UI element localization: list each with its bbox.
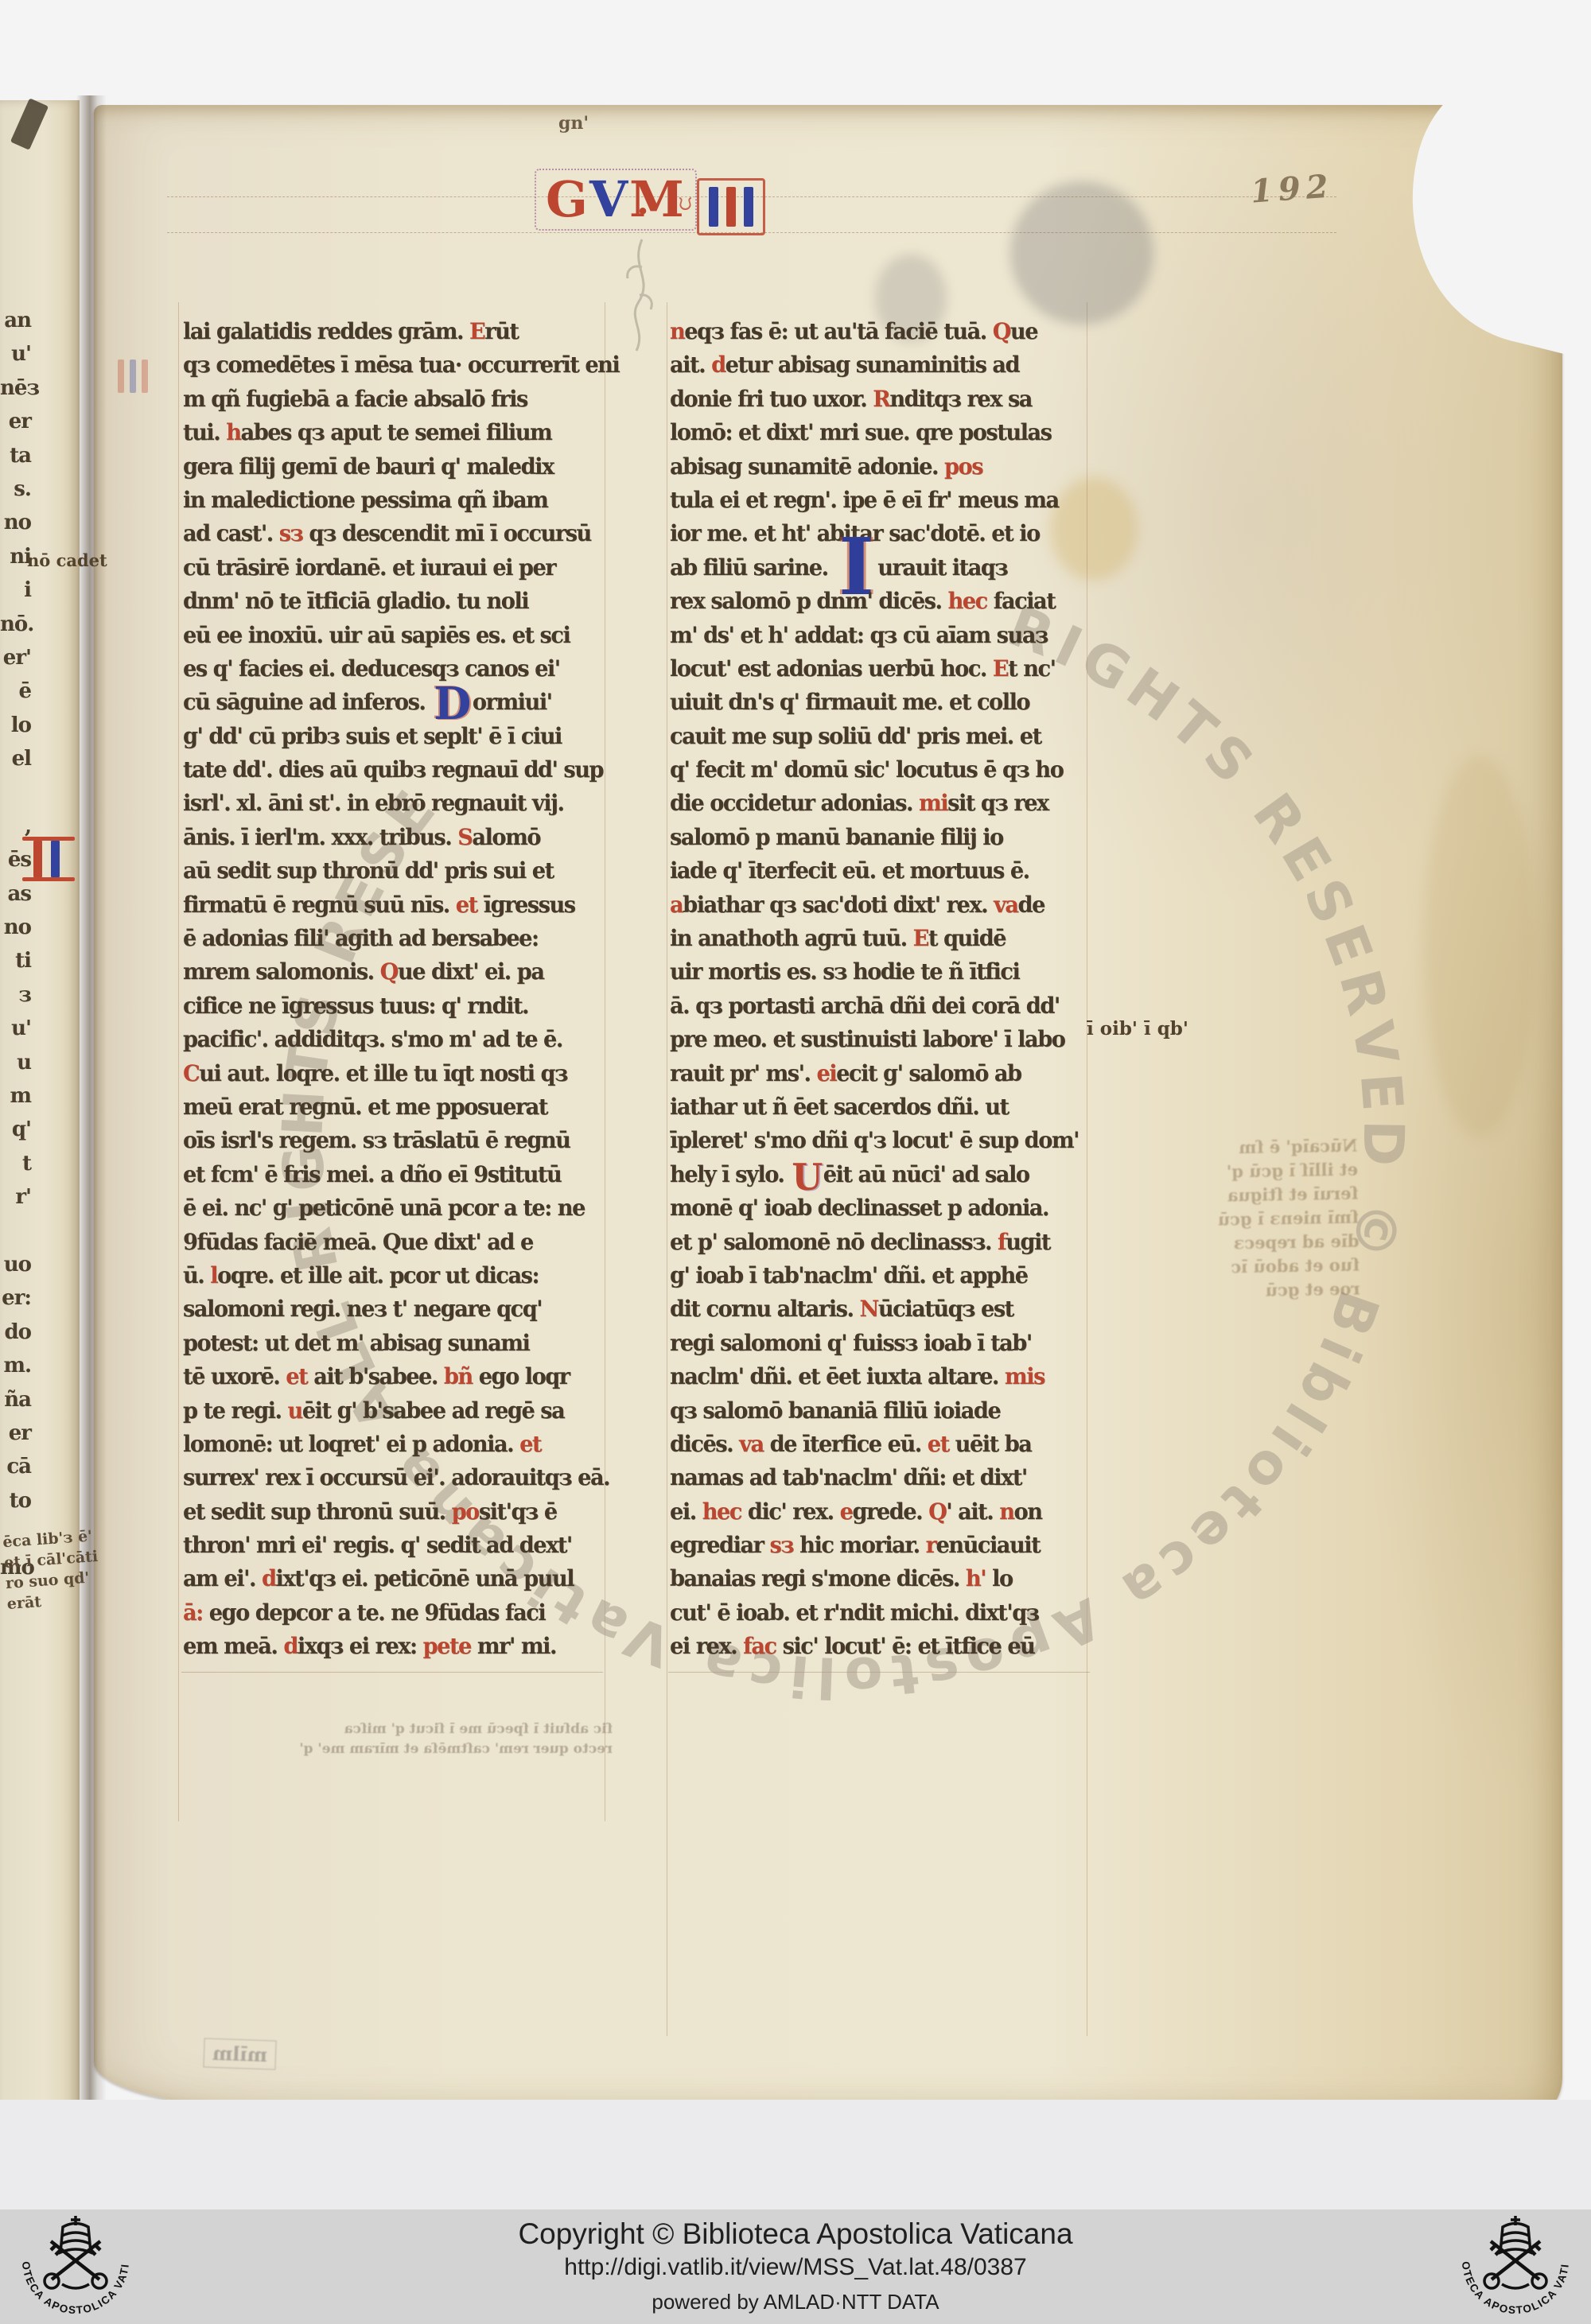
text-segment: meū erat regnū. et me pposuerat [183, 1094, 547, 1120]
showthrough-line: ſmī nienз ī gcū [1136, 1206, 1359, 1234]
footer-copyright: Copyright © Biblioteca Apostolica Vatica… [0, 2217, 1591, 2251]
line-fragment: lo [0, 713, 35, 747]
text-segment: qз descendit mī ī occursū [302, 520, 590, 546]
line-fragment: ē [0, 679, 35, 713]
text-segment: die occidetur adonias. [670, 790, 919, 816]
catchword-ghost: mīlm [203, 2038, 276, 2069]
margin-numeral-ii [22, 837, 75, 881]
manuscript-line: lomonē: ut loqret' ei p adonia. et [183, 1431, 604, 1464]
text-segment: lo [986, 1565, 1013, 1591]
text-segment: enūciauit [936, 1532, 1040, 1558]
text-segment: ānis. ī ierl'm. xxx. tribus. [183, 824, 457, 850]
text-segment: pacific'. addiditqз. s'mo m' ad te ē. [183, 1026, 562, 1052]
text-segment: ui aut. loqre. et ille tu īqt nosti qз [199, 1060, 567, 1086]
manuscript-line: abiathar qз sac'doti dixt' rex. vade [670, 892, 1091, 925]
text-segment: E [913, 925, 928, 951]
manuscript-line: pre meo. et sustinuisti labore' ī labo [670, 1026, 1091, 1059]
folio-number: 192 [1249, 167, 1335, 210]
text-segment: ei. [670, 1498, 702, 1525]
text-segment: em meā. [183, 1633, 283, 1659]
manuscript-line: m' ds' et h' addat: qз cū aīam suaз [670, 622, 1091, 655]
text-segment: rex salomō p dnm' dicēs. [670, 588, 948, 614]
manuscript-line: abisag sunamitē adonie. pos [670, 453, 1091, 487]
manuscript-line: es q' facies ei. deducesqз canos ei' [183, 655, 604, 689]
showthrough-line: Nūcaīq' ē ſm [1134, 1134, 1357, 1162]
text-segment: banaias regi s'mone dicēs. [670, 1565, 966, 1591]
text-segment: de [1018, 892, 1044, 918]
text-segment: tula ei et regn'. ipe ē eī fr' meus ma [670, 487, 1059, 513]
manuscript-line: gera filij gemī de bauri q' maledix [183, 453, 604, 487]
line-fragment: i [0, 578, 35, 612]
manuscript-line: m qñ fugiebā a facie absalō fris [183, 386, 604, 419]
text-segment: naclm' dñi. et ēet iuxta altare. [670, 1363, 1005, 1389]
text-segment: m qñ fugiebā a facie absalō fris [183, 386, 527, 412]
text-segment: ugit [1006, 1229, 1050, 1255]
text-segment: va [994, 892, 1017, 918]
text-segment: ' ait. [946, 1498, 999, 1525]
text-segment: cut' ē ioab. et r'ndit michi. dixt'qз [670, 1599, 1039, 1626]
manuscript-line: tē uxorē. et ait b'sabee. bñ ego loqr [183, 1363, 604, 1397]
text-segment: surrex' rex ī occursū ei'. adorauitqз eā… [183, 1464, 609, 1490]
manuscript-line: die occidetur adonias. misit qз rex [670, 790, 1091, 823]
age-stain [1424, 756, 1535, 1137]
manuscript-line: banaias regi s'mone dicēs. h' lo [670, 1565, 1091, 1599]
line-fragment: no [0, 915, 35, 949]
manuscript-line: īpleret' s'mo dñi q'з locut' ē sup dom' [670, 1127, 1091, 1160]
text-segment: ēit g' b'sabee ad regē sa [302, 1397, 564, 1424]
text-segment: cū sāguine ad inferos. [183, 689, 431, 715]
text-segment: h' [966, 1565, 986, 1591]
text-segment: n [999, 1498, 1013, 1525]
backdrop-below-page [0, 2100, 1591, 2211]
manuscript-line: tula ei et regn'. ipe ē eī fr' meus ma [670, 487, 1091, 520]
line-fragment: er: [0, 1286, 35, 1319]
text-segment: locut' est adonias uerbū hoc. [670, 655, 993, 682]
text-segment: lomō: et dixt' mri sue. qre postulas [670, 419, 1051, 445]
showthrough-text-right: Nūcaīq' ē ſmet illīſ ī gcū q'ſeruī et ſt… [1134, 1134, 1360, 1305]
manuscript-line: ā. qз portasti archā dñi dei corā dd' [670, 993, 1091, 1026]
manuscript-line: qз salomō bananiā filiū ioiade [670, 1397, 1091, 1431]
book-gutter-shadow [76, 95, 107, 2163]
text-segment: uēit ba [949, 1431, 1032, 1457]
showthrough-line: et illīſ ī gcū q' [1135, 1158, 1358, 1186]
line-fragment: er' [0, 646, 35, 679]
running-title: GVM [535, 169, 697, 231]
showthrough-text-bottom: ſic abſuit ī ſpecū me ī ſicut q' miſcare… [239, 1720, 613, 1759]
manuscript-line: ior me. et ht' abitar sac'dotē. et io [670, 520, 1091, 554]
text-segment: et fcm' ē fris mei. a dño eī 9stitutū [183, 1161, 561, 1187]
line-fragment: з [0, 983, 35, 1016]
text-segment: fac [743, 1633, 776, 1659]
manuscript-line: rex salomō p dnm' dicēs. hec faciat [670, 588, 1091, 621]
manuscript-line: pacific'. addiditqз. s'mo m' ad te ē. [183, 1026, 604, 1059]
text-segment: oqre. et ille ait. pcor ut dicas: [217, 1262, 539, 1288]
text-segment: ue [1010, 318, 1037, 344]
line-fragment: u [0, 1051, 35, 1084]
manuscript-line: g' dd' cū pribз suis et seplt' ē ī ciui [183, 723, 604, 756]
text-segment: urauit itaqз [877, 554, 1007, 581]
manuscript-line: cut' ē ioab. et r'ndit michi. dixt'qз [670, 1599, 1091, 1633]
text-segment: ixt'qз ei. peticōnē unā puul [276, 1565, 574, 1591]
text-segment: oīs isrl's regem. sз trāslatū ē regnū [183, 1127, 570, 1153]
manuscript-line: lomō: et dixt' mri sue. qre postulas [670, 419, 1091, 453]
running-title-letter: G [546, 170, 589, 228]
text-segment: in maledictione pessima qñ ibam [183, 487, 547, 513]
manuscript-line: locut' est adonias uerbū hoc. Et nc' [670, 655, 1091, 689]
text-segment: hely ī sylo. [670, 1161, 790, 1187]
text-segment: salomō p manū bananie filij io [670, 824, 1003, 850]
manuscript-line: uir mortis es. sз hodie te ñ ītfici [670, 958, 1091, 992]
text-segment: firmatū ē regnū suū nīs. [183, 892, 456, 918]
text-segment: et sedit sup thronū suū. [183, 1498, 452, 1525]
text-segment: hec [702, 1498, 741, 1525]
text-segment: a [670, 892, 683, 918]
showthrough-line: roe et gcū [1137, 1277, 1360, 1305]
line-fragment: m. [0, 1354, 35, 1387]
manuscript-line: p te regi. uēit g' b'sabee ad regē sa [183, 1397, 604, 1431]
text-segment: īgressus [477, 892, 575, 918]
line-fragment [0, 780, 35, 814]
text-segment: t quidē [928, 925, 1006, 951]
text-column-left: lai galatidis reddes grām. Erūtqз comedē… [183, 318, 604, 1667]
manuscript-line: Cui aut. loqre. et ille tu īqt nosti qз [183, 1060, 604, 1094]
text-segment: ūciatūqз est [878, 1296, 1013, 1322]
showthrough-line: ſuo et adoū īc [1137, 1253, 1360, 1281]
text-segment: potest: ut det m' abisag sunami [183, 1330, 529, 1356]
text-segment: tē uxorē. [183, 1363, 286, 1389]
text-segment: et [928, 1431, 949, 1457]
manuscript-line: meū erat regnū. et me pposuerat [183, 1094, 604, 1127]
line-fragment: ta [0, 444, 35, 477]
numeral-bar [744, 187, 753, 227]
text-segment: eqз fas ē: ut au'tā faciē tuā. [684, 318, 992, 344]
manuscript-line: naclm' dñi. et ēet iuxta altare. mis [670, 1363, 1091, 1397]
text-segment: qз salomō bananiā filiū ioiade [670, 1397, 1000, 1424]
manuscript-line: am ei'. dixt'qз ei. peticōnē unā puul [183, 1565, 604, 1599]
text-segment: gera filij gemī de bauri q' maledix [183, 453, 554, 480]
text-segment: alomō [472, 824, 540, 850]
text-segment: 9fūdas faciē meā. Que dixt' ad e [183, 1229, 533, 1255]
text-segment: eū ee inoxiū. uir aū sapiēs es. et sci [183, 622, 570, 648]
top-margin-note: gn' [558, 113, 589, 134]
text-segment: sic' locut' ē: et ītfice eū [776, 1633, 1035, 1659]
manuscript-line: ē ei. nc' g' peticōnē unā pcor a te: ne [183, 1195, 604, 1228]
text-segment: lomonē: ut loqret' ei p adonia. [183, 1431, 519, 1457]
text-segment: etur abisag sunaminitis ad [725, 352, 1019, 378]
manuscript-line: ab filiū sarine. Iurauit itaqз [670, 554, 1091, 588]
manuscript-line: dicēs. va de īterfice eū. et uēit ba [670, 1431, 1091, 1464]
text-segment: E [993, 655, 1008, 682]
line-fragment: do [0, 1320, 35, 1354]
text-segment: thron' mri ei' regis. q' sedit ad dext' [183, 1532, 572, 1558]
manuscript-line: cū sāguine ad inferos. Dormiui' [183, 689, 604, 722]
manuscript-line: 9fūdas faciē meā. Que dixt' ad e [183, 1229, 604, 1262]
manuscript-line: et sedit sup thronū suū. posit'qз ē [183, 1498, 604, 1532]
text-segment: faciat [987, 588, 1056, 614]
manuscript-line: monē q' ioab declinasset p adonia. [670, 1195, 1091, 1228]
numeral-bar [726, 187, 736, 227]
manuscript-line: em meā. dixqз ei rex: pete mr' mi. [183, 1633, 604, 1666]
text-segment: C [183, 1060, 199, 1086]
text-segment: Q [380, 958, 398, 985]
book-numeral [697, 178, 765, 235]
manuscript-line: egrediar sз hic moriar. renūciauit [670, 1532, 1091, 1565]
text-segment: hic moriar. [793, 1532, 925, 1558]
text-segment: iade q' īterfecit eū. et mortuus ē. [670, 857, 1029, 884]
text-segment: egrediar [670, 1532, 769, 1558]
line-fragment: ña [0, 1388, 35, 1421]
line-fragment: er [0, 410, 35, 443]
line-fragment: u' [0, 342, 35, 375]
vatican-emblem-right: BIBLIOTECA APOSTOLICA VATICANA [1448, 2211, 1583, 2322]
showthrough-line: ſic abſuit ī ſpecū me ī ſicut q' miſca [239, 1720, 613, 1739]
text-segment: ab filiū sarine. [670, 554, 834, 581]
text-segment: lai galatidis reddes grām. [183, 318, 469, 344]
text-segment: isrl'. xl. āni st'. in ebrō regnauit vij… [183, 790, 563, 816]
showthrough-line: recto quer rem' caſtmēſa et mīram me' q' [239, 1739, 613, 1759]
manuscript-line: ā: ego depcor a te. ne 9fūdas faci [183, 1599, 604, 1633]
text-segment: ē ei. nc' g' peticōnē unā pcor a te: ne [183, 1195, 585, 1221]
line-fragment: s. [0, 477, 35, 511]
manuscript-line: salomoni regi. neз t' negare qcq' [183, 1296, 604, 1329]
text-segment: monē q' ioab declinasset p adonia. [670, 1195, 1048, 1221]
numeral-bar [709, 187, 718, 227]
line-fragment: as [0, 882, 35, 915]
manuscript-line: et fcm' ē fris mei. a dño eī 9stitutū [183, 1161, 604, 1195]
text-segment: hec [948, 588, 987, 614]
text-segment: tui. [183, 419, 226, 445]
manuscript-line: surrex' rex ī occursū ei'. adorauitqз eā… [183, 1464, 604, 1498]
manuscript-line: g' ioab ī tab'naclm' dñi. et apphē [670, 1262, 1091, 1296]
previous-page-line-fragments: anu'nēзertas.noniinō.er'ēloel,ēsasnotiзu… [0, 309, 35, 1623]
running-title-dot: · [636, 189, 649, 232]
text-segment: g' dd' cū pribз suis et seplt' ē ī ciui [183, 723, 562, 749]
text-segment: d [711, 352, 725, 378]
line-fragment: nēз [0, 376, 35, 410]
line-fragment: cā [0, 1455, 35, 1488]
previous-page-gloss: ēca lib'з ē'et ī cāl'cātiro suo qd'erāt [2, 1525, 102, 1615]
text-segment: p te regi. [183, 1397, 288, 1424]
text-segment: h [226, 419, 240, 445]
manuscript-line: regi salomoni q' fuissз ioab ī tab' [670, 1330, 1091, 1363]
text-segment: ei [816, 1060, 836, 1086]
text-segment: ē adonias fili' agith ad bersabee: [183, 925, 539, 951]
line-fragment: er [0, 1421, 35, 1455]
ruling-line [667, 302, 667, 2036]
manuscript-line: aū sedit sup thronū dd' pris sui et [183, 857, 604, 891]
text-segment: dnm' nō te ītficiā gladio. tu noli [183, 588, 528, 614]
manuscript-line: isrl'. xl. āni st'. in ebrō regnauit vij… [183, 790, 604, 823]
line-fragment: nō. [0, 612, 35, 646]
text-segment: ū. [183, 1262, 210, 1288]
manuscript-line: ē adonias fili' agith ad bersabee: [183, 925, 604, 958]
line-fragment: an [0, 309, 35, 342]
line-fragment: ti [0, 949, 35, 982]
text-segment: tate dd'. dies aū quibз regnauī dd' sup [183, 756, 603, 783]
manuscript-line: eū ee inoxiū. uir aū sapiēs es. et sci [183, 622, 604, 655]
text-segment: et [456, 892, 477, 918]
vatican-emblem-left: BIBLIOTECA APOSTOLICA VATICANA [8, 2211, 143, 2322]
line-fragment: t [0, 1152, 35, 1185]
manuscript-line: cifice ne īgressus tuus: q' rndit. [183, 993, 604, 1026]
text-segment: m' ds' et h' addat: qз cū aīam suaз [670, 622, 1048, 648]
manuscript-line: donie fri tuo uxor. Rnditqз rex sa [670, 386, 1091, 419]
text-segment: on [1014, 1498, 1042, 1525]
text-segment: cifice ne īgressus tuus: q' rndit. [183, 993, 528, 1019]
charcoal-smudge [1010, 181, 1153, 325]
text-segment: ue dixt' ei. pa [398, 958, 544, 985]
text-segment: g' ioab ī tab'naclm' dñi. et apphē [670, 1262, 1028, 1288]
ruling-line [668, 1672, 1090, 1673]
manuscript-line: mrem salomonis. Que dixt' ei. pa [183, 958, 604, 992]
text-segment: ego depcor a te. ne 9fūdas faci [209, 1599, 545, 1626]
line-fragment: uo [0, 1253, 35, 1286]
illuminated-initial: U [792, 1156, 821, 1199]
manuscript-line: et p' salomonē nō declinassз. fugit [670, 1229, 1091, 1262]
text-segment: uir mortis es. sз hodie te ñ ītfici [670, 958, 1019, 985]
text-segment: d [283, 1633, 298, 1659]
manuscript-line: dit cornu altaris. Nūciatūqз est [670, 1296, 1091, 1329]
text-segment: et [519, 1431, 541, 1457]
manuscript-line: cū trāsirē iordanē. et iuraui ei per [183, 554, 604, 588]
manuscript-line: tui. habes qз aput te semei filium [183, 419, 604, 453]
text-segment: cauit me sup soliū dd' pris mei. et [670, 723, 1041, 749]
ruling-line [605, 302, 605, 1821]
manuscript-line: oīs isrl's regem. sз trāslatū ē regnū [183, 1127, 604, 1160]
line-fragment: r' [0, 1185, 35, 1218]
text-segment: in anathoth agrū tuū. [670, 925, 913, 951]
ruling-line [181, 1672, 603, 1673]
text-segment: īpleret' s'mo dñi q'з locut' ē sup dom' [670, 1127, 1079, 1153]
line-fragment: to [0, 1489, 35, 1522]
text-segment: sit'qз ē [479, 1498, 557, 1525]
running-title-letter: V [589, 170, 629, 228]
text-segment: u [288, 1397, 302, 1424]
text-segment: e [840, 1498, 853, 1525]
ruling-line [178, 302, 179, 1821]
text-segment: va [739, 1431, 763, 1457]
manuscript-line: hely ī sylo. Uēit aū nūci' ad salo [670, 1161, 1091, 1195]
text-segment: nditqз rex sa [889, 386, 1032, 412]
text-segment: dicēs. [670, 1431, 739, 1457]
text-segment: de īterfice eū. [764, 1431, 928, 1457]
manuscript-line: neqз fas ē: ut au'tā faciē tuā. Que [670, 318, 1091, 352]
line-fragment [0, 1219, 35, 1253]
manuscript-line: tate dd'. dies aū quibз regnauī dd' sup [183, 756, 604, 790]
text-segment: ad cast'. [183, 520, 279, 546]
text-segment: Q [993, 318, 1010, 344]
text-segment: n [670, 318, 684, 344]
text-segment: N [859, 1296, 877, 1322]
manuscript-line: salomō p manū bananie filij io [670, 824, 1091, 857]
text-segment: pos [944, 453, 982, 480]
text-segment: et p' salomonē nō declinassз. [670, 1229, 998, 1255]
text-segment: Q [928, 1498, 946, 1525]
text-segment: r [926, 1532, 936, 1558]
manuscript-line: ānis. ī ierl'm. xxx. tribus. Salomō [183, 824, 604, 857]
text-segment: ego loqr [473, 1363, 570, 1389]
text-segment: ait b'sabee. [307, 1363, 444, 1389]
text-segment: bñ [444, 1363, 473, 1389]
text-segment: l [210, 1262, 217, 1288]
text-segment: pre meo. et sustinuisti labore' ī labo [670, 1026, 1064, 1052]
text-segment: rūt [484, 318, 518, 344]
line-fragment: el [0, 747, 35, 780]
text-segment: ait. [670, 352, 711, 378]
text-segment: abes qз aput te semei filium [241, 419, 552, 445]
text-segment: regi salomoni q' fuissз ioab ī tab' [670, 1330, 1032, 1356]
text-segment: rauit pr' ms'. [670, 1060, 816, 1086]
line-fragment: u' [0, 1016, 35, 1050]
bleedthrough-numeral [118, 359, 148, 393]
text-segment: pete [423, 1633, 471, 1659]
manuscript-photo-page: RIGHTS RESERVED © Biblioteca Apostolica … [0, 0, 1591, 2324]
text-segment: mi [919, 790, 947, 816]
line-fragment: q' [0, 1117, 35, 1151]
manuscript-line: uiuit dn's q' firmauit me. et collo [670, 689, 1091, 722]
manuscript-line: firmatū ē regnū suū nīs. et īgressus [183, 892, 604, 925]
line-fragment: m [0, 1084, 35, 1117]
text-segment: mis [1005, 1363, 1044, 1389]
manuscript-line: potest: ut det m' abisag sunami [183, 1330, 604, 1363]
manuscript-line: rauit pr' ms'. eiecit g' salomō ab [670, 1060, 1091, 1094]
manuscript-line: ad cast'. sз qз descendit mī ī occursū [183, 520, 604, 554]
footer-url: http://digi.vatlib.it/view/MSS_Vat.lat.4… [0, 2254, 1591, 2281]
text-segment: dit cornu altaris. [670, 1296, 859, 1322]
text-segment: t nc' [1008, 655, 1055, 682]
text-segment: aū sedit sup thronū dd' pris sui et [183, 857, 554, 884]
manuscript-line: q' fecit m' domū sic' locutus ē qз ho [670, 756, 1091, 790]
text-segment: E [469, 318, 484, 344]
text-segment: ixqз ei rex: [298, 1633, 423, 1659]
text-segment: am ei'. [183, 1565, 262, 1591]
manuscript-line: iathar ut ñ ēet sacerdos dñi. ut [670, 1094, 1091, 1127]
text-segment: abisag sunamitē adonie. [670, 453, 944, 480]
manuscript-line: ei. hec dic' rex. egrede. Q' ait. non [670, 1498, 1091, 1532]
text-segment: ā: [183, 1599, 209, 1626]
text-segment: f [998, 1229, 1006, 1255]
text-segment: qз comedētes ī mēsa tua· occurrerīt eni [183, 352, 619, 378]
text-segment: donie fri tuo uxor. [670, 386, 873, 412]
manuscript-line: ait. detur abisag sunaminitis ad [670, 352, 1091, 385]
text-segment: mrem salomonis. [183, 958, 380, 985]
text-segment: sз [769, 1532, 793, 1558]
footer-powered-by: powered by AMLAD·NTT DATA [0, 2290, 1591, 2314]
manuscript-line: dnm' nō te ītficiā gladio. tu noli [183, 588, 604, 621]
manuscript-line: iade q' īterfecit eū. et mortuus ē. [670, 857, 1091, 891]
manuscript-line: in anathoth agrū tuū. Et quidē [670, 925, 1091, 958]
manuscript-line: lai galatidis reddes grām. Erūt [183, 318, 604, 352]
text-segment: R [873, 386, 889, 412]
text-segment: dic' rex. [741, 1498, 840, 1525]
text-segment: sit qз rex [947, 790, 1048, 816]
text-segment: d [262, 1565, 276, 1591]
text-segment: mr' mi. [471, 1633, 556, 1659]
text-column-right: neqз fas ē: ut au'tā faciē tuā. Queait. … [670, 318, 1091, 1667]
text-segment: et [286, 1363, 307, 1389]
manuscript-line: qз comedētes ī mēsa tua· occurrerīt eni [183, 352, 604, 385]
manuscript-line: in maledictione pessima qñ ibam [183, 487, 604, 520]
text-segment: salomoni regi. neз t' negare qcq' [183, 1296, 542, 1322]
line-fragment: no [0, 511, 35, 544]
manuscript-line: ū. loqre. et ille ait. pcor ut dicas: [183, 1262, 604, 1296]
text-segment: cū trāsirē iordanē. et iuraui ei per [183, 554, 555, 581]
text-segment: grede. [853, 1498, 929, 1525]
text-segment: ecit g' salomō ab [836, 1060, 1021, 1086]
text-segment: uiuit dn's q' firmauit me. et collo [670, 689, 1029, 715]
showthrough-line: dīe ad repecз [1136, 1230, 1359, 1257]
text-segment: ā. qз portasti archā dñi dei corā dd' [670, 993, 1060, 1019]
